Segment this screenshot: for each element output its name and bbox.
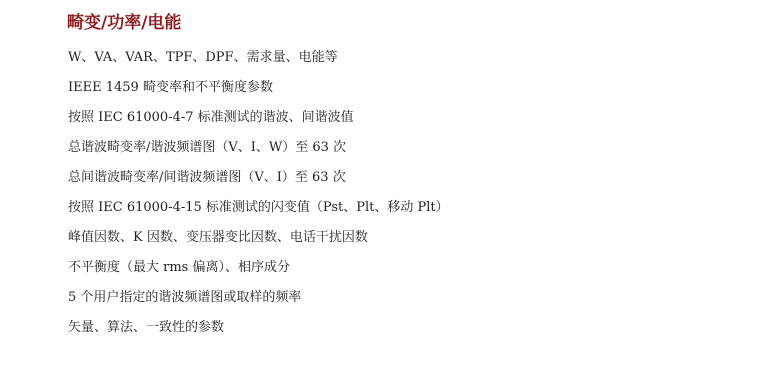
list-item: 总间谐波畸变率/间谐波频谱图（V、I）至 63 次: [68, 168, 449, 198]
list-item: 峰值因数、K 因数、变压器变比因数、电话干扰因数: [68, 228, 449, 258]
list-item: 矢量、算法、一致性的参数: [68, 318, 449, 348]
list-item: 不平衡度（最大 rms 偏离）、相序成分: [68, 258, 449, 288]
list-item: 按照 IEC 61000-4-7 标准测试的谐波、间谐波值: [68, 108, 449, 138]
list-item: IEEE 1459 畸变率和不平衡度参数: [68, 78, 449, 108]
list-item: W、VA、VAR、TPF、DPF、需求量、电能等: [68, 48, 449, 78]
list-item: 5 个用户指定的谐波频谱图或取样的频率: [68, 288, 449, 318]
list-item: 总谐波畸变率/谐波频谱图（V、I、W）至 63 次: [68, 138, 449, 168]
section-title: 畸变/功率/电能: [67, 11, 181, 35]
list-item: 按照 IEC 61000-4-15 标准测试的闪变值（Pst、Plt、移动 Pl…: [68, 198, 449, 228]
feature-list: W、VA、VAR、TPF、DPF、需求量、电能等 IEEE 1459 畸变率和不…: [68, 48, 449, 348]
